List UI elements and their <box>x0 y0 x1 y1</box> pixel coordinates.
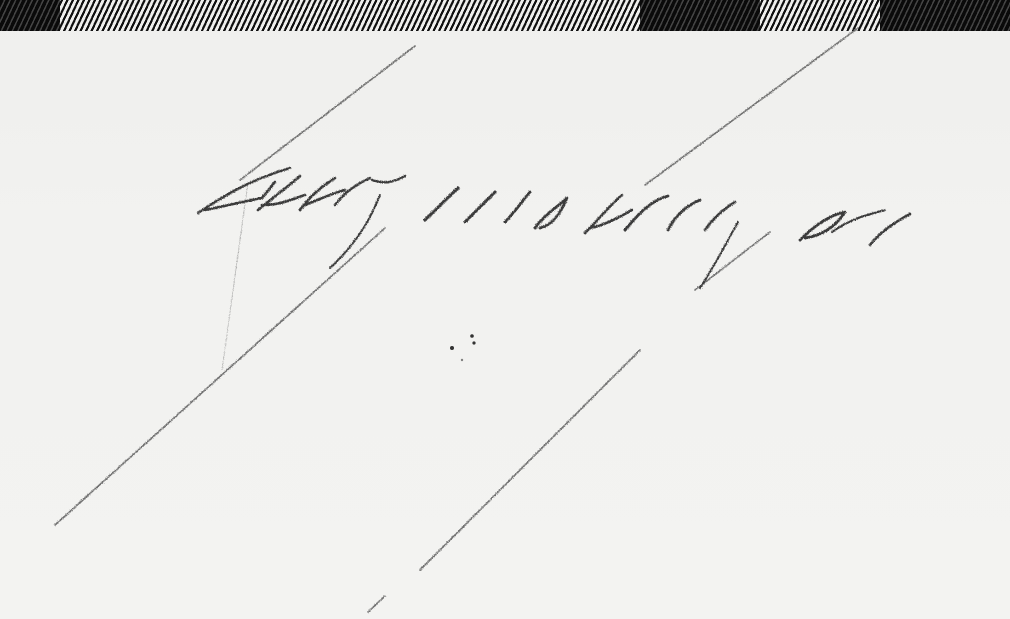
diagonal-pencil-lines <box>55 28 858 612</box>
pencil-marks <box>0 0 1010 619</box>
stray-pencil-marks <box>450 334 476 361</box>
signature <box>198 168 910 288</box>
